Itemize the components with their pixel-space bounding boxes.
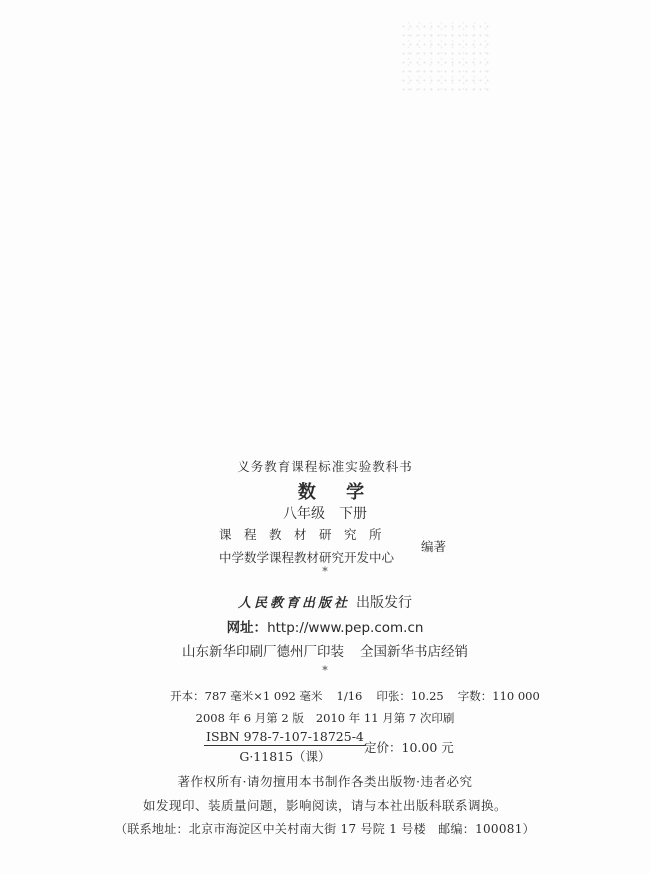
impression-info: 2010 年 11 月第 7 次印刷 [316,711,455,725]
author-role: 编著 [421,537,446,555]
separator-star: * [0,664,650,677]
returns-notice: 如发现印、装质量问题，影响阅读，请与本社出版科联系调换。 [0,796,650,814]
spec-fold: 1/16 [337,689,363,703]
printer-name: 山东新华印刷厂德州厂印装 [182,644,344,660]
publisher-action: 出版发行 [356,595,412,611]
website-label: 网址： [227,620,268,636]
contact-address: （联系地址：北京市海淀区中关村南大街 17 号院 1 号楼 邮编：100081） [0,820,650,837]
series-title: 义务教育课程标准实验教科书 [0,457,650,475]
author-center: 中学数学课程教材研究开发中心 [219,548,394,566]
publisher-line: 人民教育出版社出版发行 [0,592,650,612]
publisher-logo: 人民教育出版社 [238,596,350,611]
book-title: 数 学 [0,478,650,504]
edition-line: 2008 年 6 月第 2 版2010 年 11 月第 7 次印刷 [0,710,650,726]
authors-block: 课程教材研究所 中学数学课程教材研究开发中心 [219,525,394,566]
website-url[interactable]: http://www.pep.com.cn [267,620,423,636]
price: 定价：10.00 元 [364,738,454,756]
spec-sheets: 印张：10.25 [376,689,443,703]
website-line: 网址：http://www.pep.com.cn [0,616,650,636]
volume-label: 下册 [339,506,367,522]
copyright-notice: 著作权所有·请勿擅用本书制作各类出版物·违者必究 [0,772,650,790]
spec-words: 字数：110 000 [458,689,540,703]
author-institute: 课程教材研究所 [219,525,394,543]
isbn-number: ISBN 978-7-107-18725-4 [204,729,366,746]
grade-volume: 八年级下册 [0,503,650,523]
spec-format: 开本：787 毫米×1 092 毫米 [170,689,322,703]
printing-line: 山东新华印刷厂德州厂印装全国新华书店经销 [0,640,650,660]
distributor-name: 全国新华书店经销 [360,644,468,660]
scan-noise [400,22,490,92]
book-specs: 开本：787 毫米×1 092 毫米1/16印张：10.25字数：110 000 [0,688,650,704]
isbn-block: ISBN 978-7-107-18725-4 G·11815（课） [204,729,366,765]
edition-info: 2008 年 6 月第 2 版 [196,711,304,725]
grade-level: 八年级 [283,506,325,522]
cip-number: G·11815（课） [204,746,366,765]
separator-star: * [0,565,650,578]
